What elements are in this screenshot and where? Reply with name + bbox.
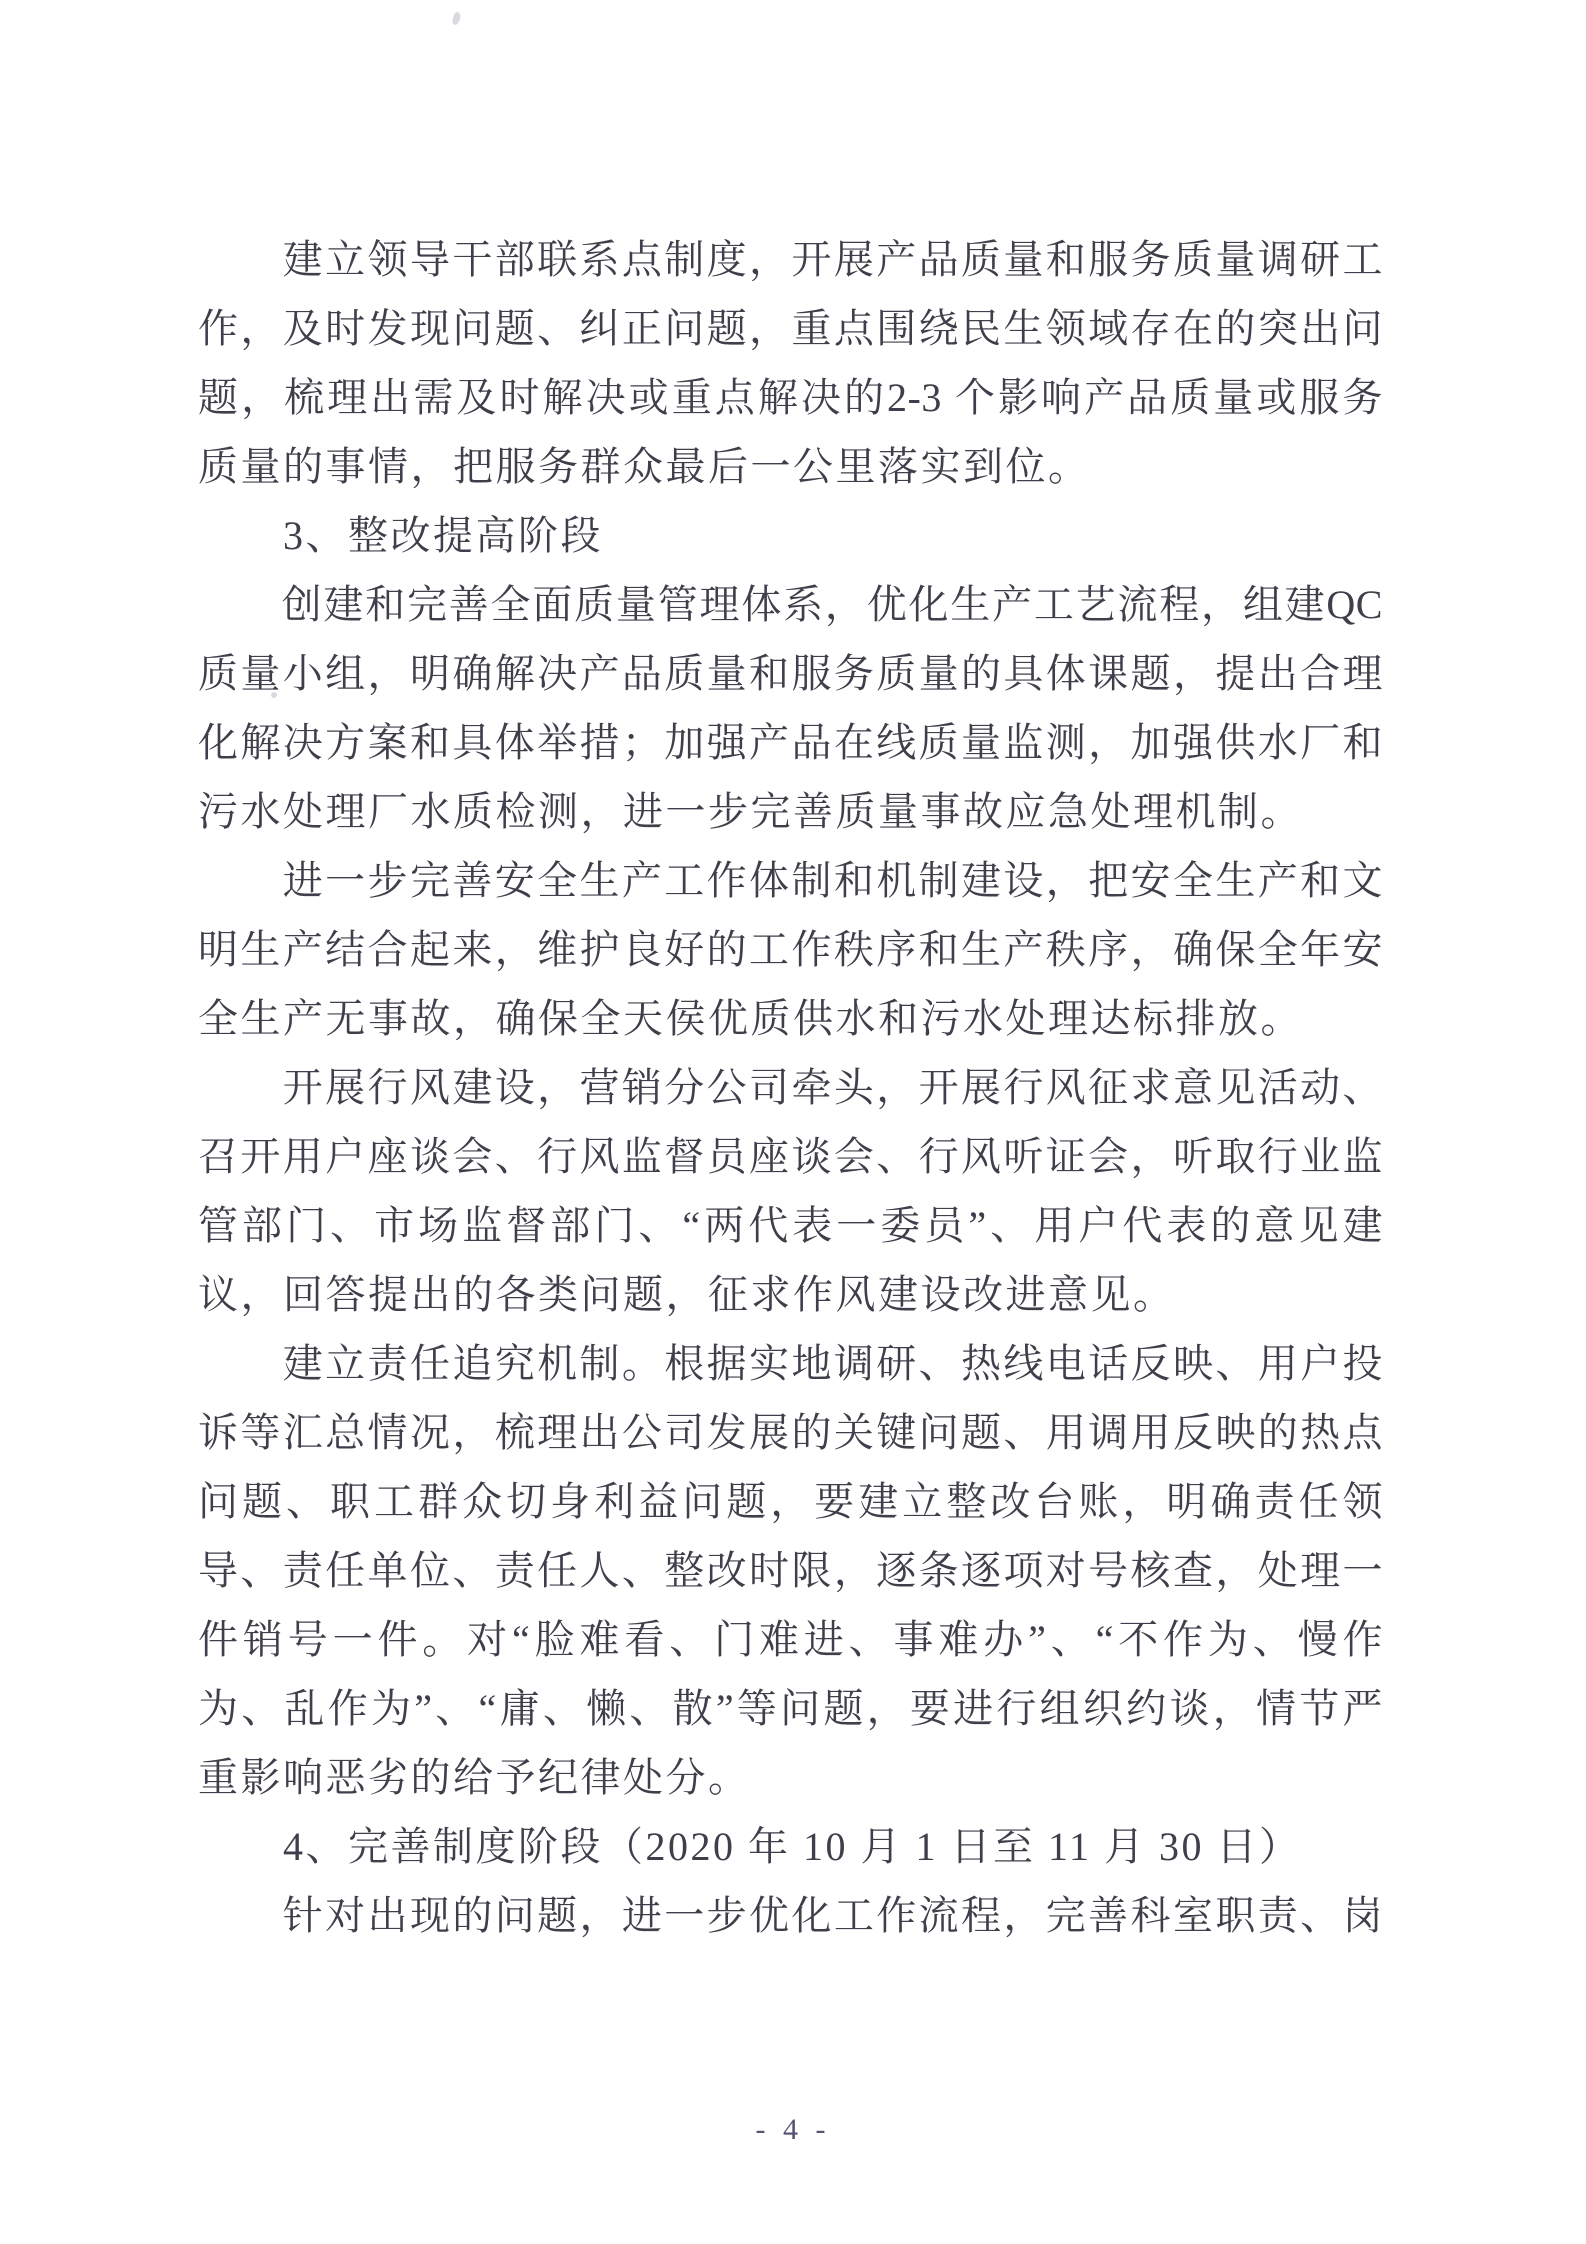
text-line: 为、乱作为”、“庸、懒、散”等问题，要进行组织约谈，情节严 [198,1674,1383,1743]
text-line: 导、责任单位、责任人、整改时限，逐条逐项对号核查，处理一 [198,1536,1383,1605]
text-line: 进一步完善安全生产工作体制和机制建设，把安全生产和文 [198,846,1383,915]
text-line: 开展行风建设，营销分公司牵头，开展行风征求意见活动、 [198,1053,1383,1122]
text-line: 问题、职工群众切身利益问题，要建立整改台账，明确责任领 [198,1467,1383,1536]
paragraph: 4、完善制度阶段（2020 年 10 月 1 日至 11 月 30 日） [198,1812,1383,1881]
paragraph: 3、整改提高阶段 [198,501,1383,570]
paragraph: 建立责任追究机制。根据实地调研、热线电话反映、用户投诉等汇总情况，梳理出公司发展… [198,1329,1383,1812]
paragraph: 针对出现的问题，进一步优化工作流程，完善科室职责、岗 [198,1881,1383,1950]
text-line: 诉等汇总情况，梳理出公司发展的关键问题、用调用反映的热点 [198,1398,1383,1467]
paragraph: 建立领导干部联系点制度，开展产品质量和服务质量调研工作，及时发现问题、纠正问题，… [198,225,1383,501]
paragraph: 进一步完善安全生产工作体制和机制建设，把安全生产和文明生产结合起来，维护良好的工… [198,846,1383,1053]
text-line: 质量的事情，把服务群众最后一公里落实到位。 [198,432,1383,501]
text-line: 件销号一件。对“脸难看、门难进、事难办”、“不作为、慢作 [198,1605,1383,1674]
text-line: 题，梳理出需及时解决或重点解决的2-3 个影响产品质量或服务 [198,363,1383,432]
text-line: 3、整改提高阶段 [198,501,1383,570]
text-line: 重影响恶劣的给予纪律处分。 [198,1743,1383,1812]
text-line: 召开用户座谈会、行风监督员座谈会、行风听证会，听取行业监 [198,1122,1383,1191]
text-line: 作，及时发现问题、纠正问题，重点围绕民生领域存在的突出问 [198,294,1383,363]
text-line: 4、完善制度阶段（2020 年 10 月 1 日至 11 月 30 日） [198,1812,1383,1881]
text-line: 针对出现的问题，进一步优化工作流程，完善科室职责、岗 [198,1881,1383,1950]
text-line: 质量小组，明确解决产品质量和服务质量的具体课题，提出合理 [198,639,1383,708]
text-line: 建立领导干部联系点制度，开展产品质量和服务质量调研工 [198,225,1383,294]
paragraph: 开展行风建设，营销分公司牵头，开展行风征求意见活动、召开用户座谈会、行风监督员座… [198,1053,1383,1329]
text-line: 明生产结合起来，维护良好的工作秩序和生产秩序，确保全年安 [198,915,1383,984]
document-body: 建立领导干部联系点制度，开展产品质量和服务质量调研工作，及时发现问题、纠正问题，… [198,225,1383,1950]
text-line: 议，回答提出的各类问题，征求作风建设改进意见。 [198,1260,1383,1329]
scanned-document-page: 建立领导干部联系点制度，开展产品质量和服务质量调研工作，及时发现问题、纠正问题，… [0,0,1586,2244]
text-line: 创建和完善全面质量管理体系，优化生产工艺流程，组建QC [198,570,1383,639]
text-line: 化解决方案和具体举措；加强产品在线质量监测，加强供水厂和 [198,708,1383,777]
text-line: 全生产无事故，确保全天侯优质供水和污水处理达标排放。 [198,984,1383,1053]
text-line: 管部门、市场监督部门、“两代表一委员”、用户代表的意见建 [198,1191,1383,1260]
text-line: 污水处理厂水质检测，进一步完善质量事故应急处理机制。 [198,777,1383,846]
scan-speck [451,11,462,26]
text-line: 建立责任追究机制。根据实地调研、热线电话反映、用户投 [198,1329,1383,1398]
paragraph: 创建和完善全面质量管理体系，优化生产工艺流程，组建QC质量小组，明确解决产品质量… [198,570,1383,846]
page-number: - 4 - [0,2106,1586,2154]
